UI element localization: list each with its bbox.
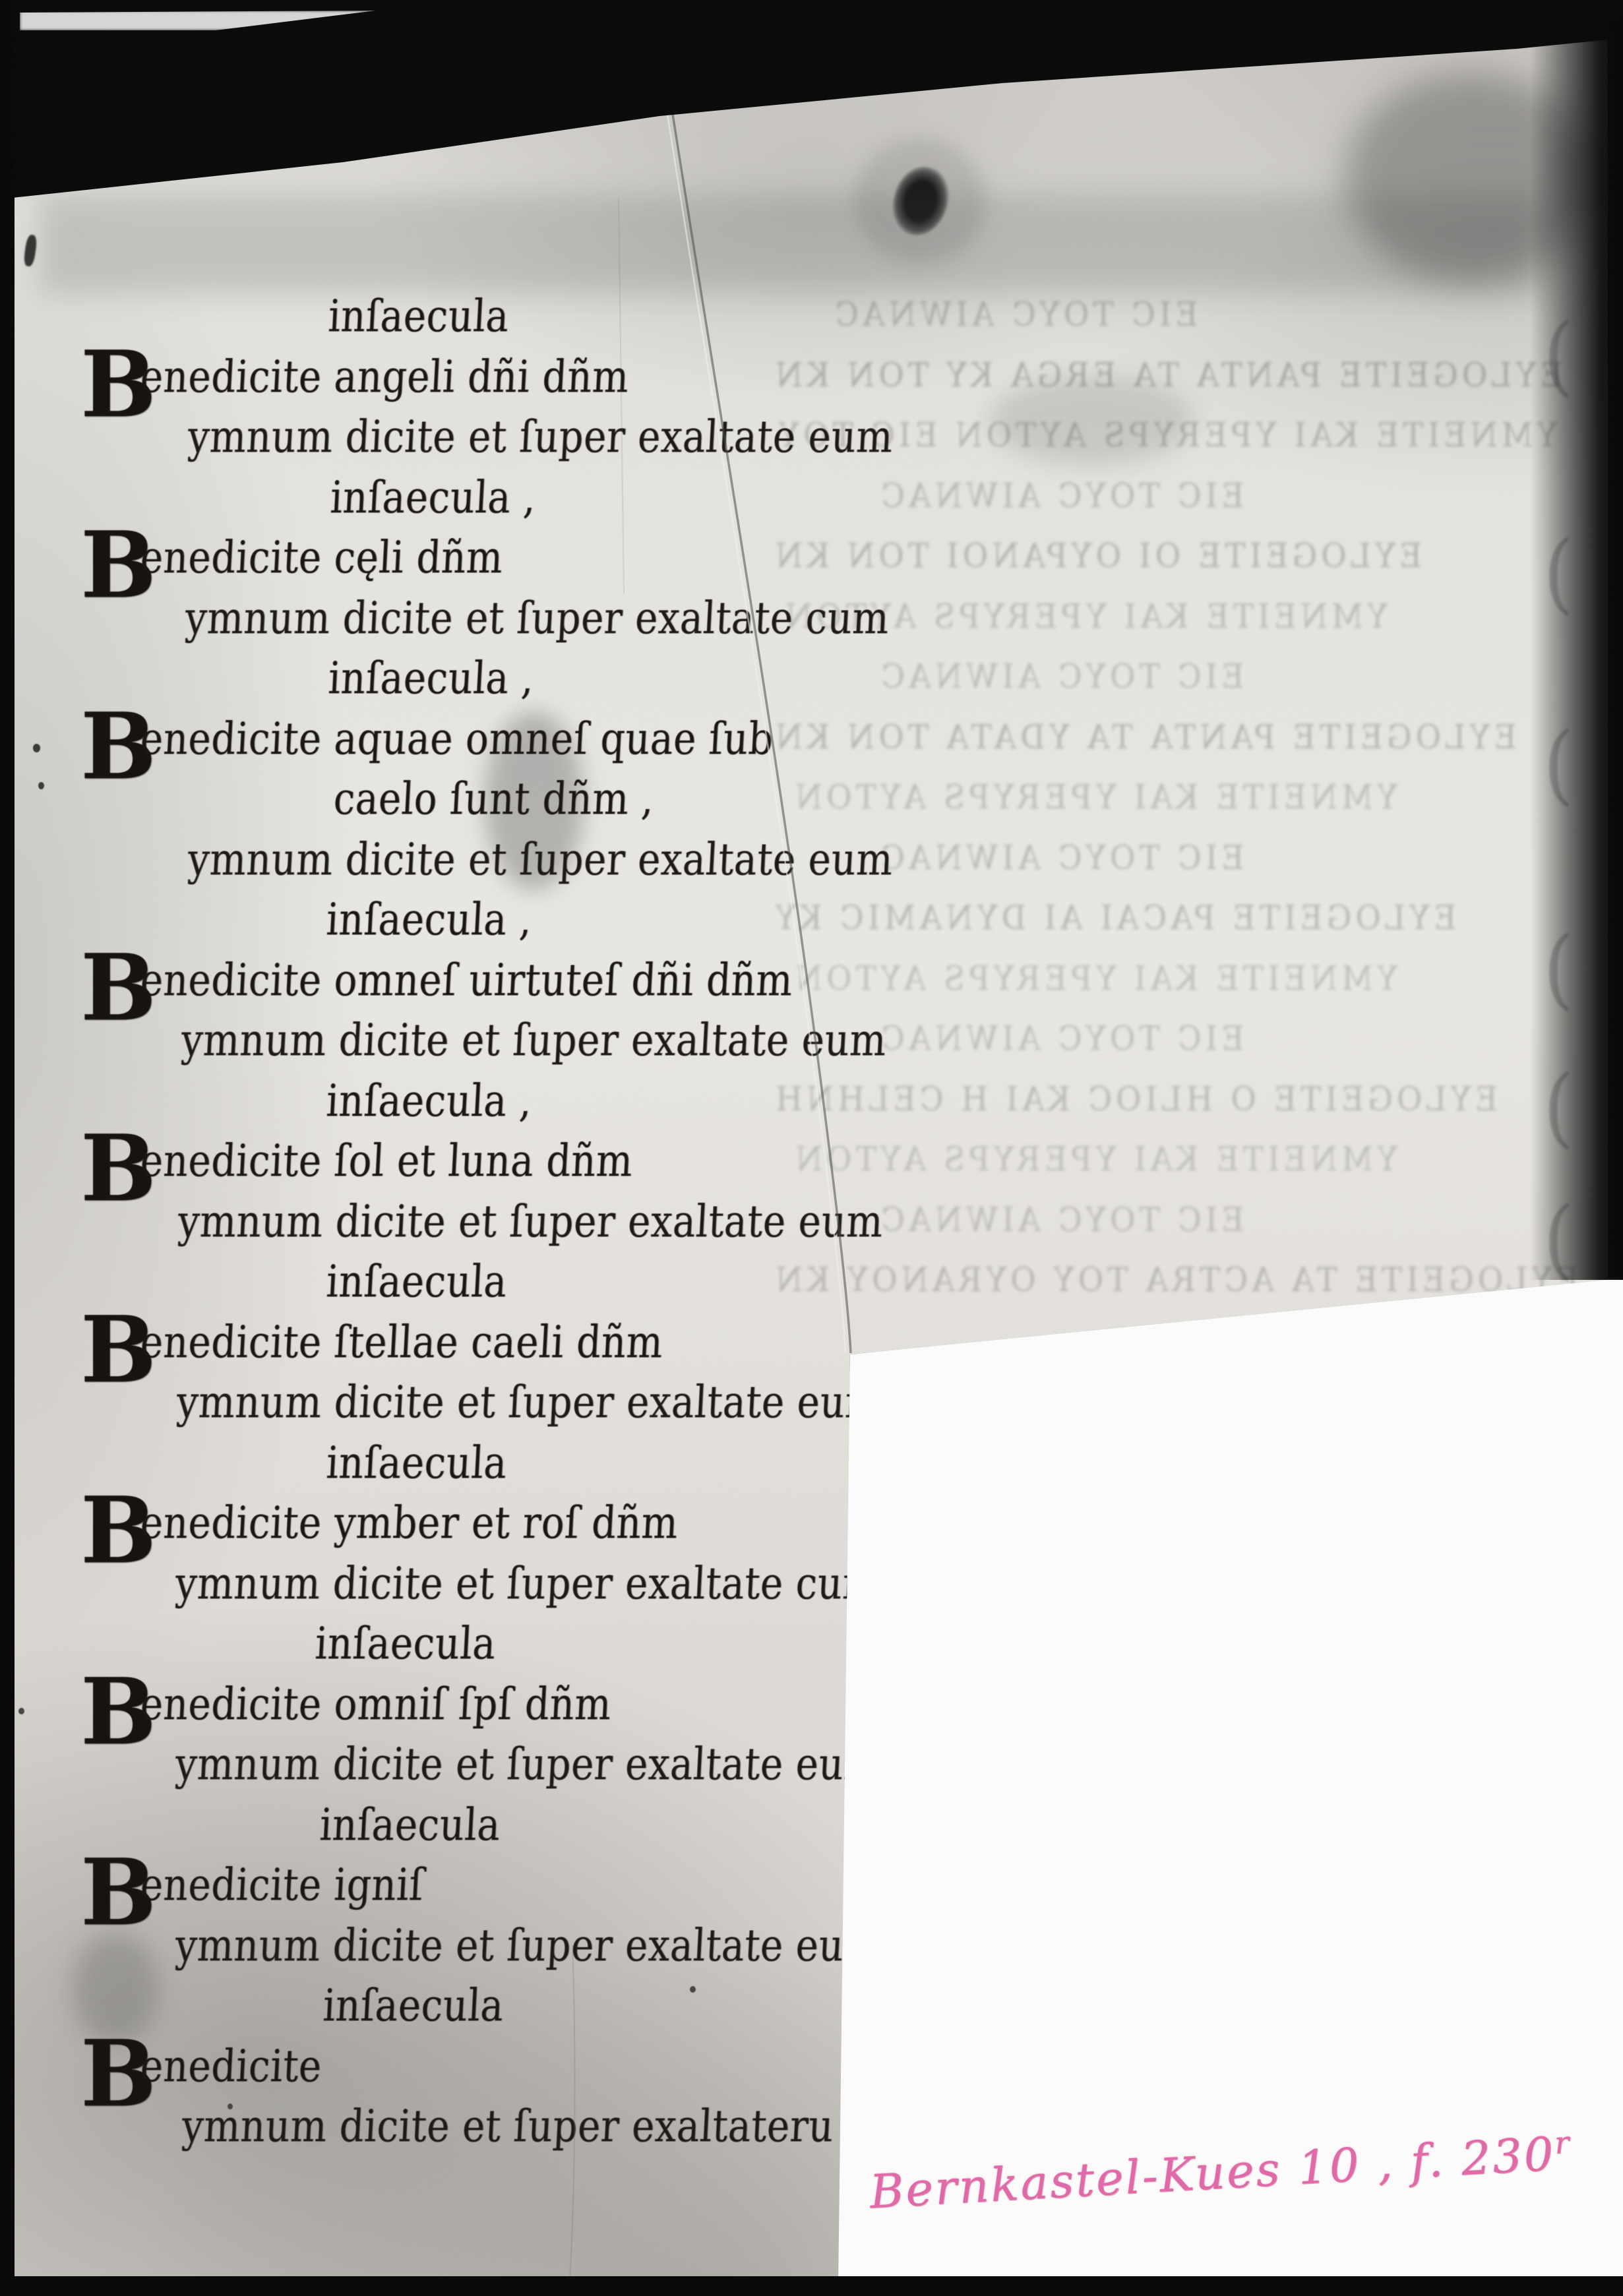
showthrough-line: YMNEITE KAI YPERYPS AYTON xyxy=(791,1140,1397,1179)
hymn-line: ymnum dicite et ſuper exaltate eun xyxy=(174,1919,870,1972)
verse-line: enedicite cęli dñm xyxy=(139,531,505,584)
insaecula-line: inſaecula xyxy=(322,1979,505,2032)
insaecula-line: inſaecula xyxy=(314,1617,497,1670)
ink-blot-halo xyxy=(854,138,986,264)
catalog-note-superscript: r xyxy=(1554,2125,1570,2161)
verse-continuation-line: caelo ſunt dñm , xyxy=(332,773,656,825)
speck xyxy=(18,1708,24,1714)
showthrough-line: EIC TOYC AIWNAC xyxy=(831,295,1198,334)
insaecula-line: inſaecula , xyxy=(329,471,537,524)
speck xyxy=(38,782,44,789)
hymn-line: ymnum dicite et ſuper exaltate cum xyxy=(174,1557,880,1610)
photo-right-shadow xyxy=(1530,17,1623,1280)
verse-line: enedicite aquae omneſ quae ſub xyxy=(139,713,775,765)
showthrough-line: EIC TOYC AIWNAC xyxy=(877,838,1244,877)
insaecula-line: inſaecula xyxy=(319,1799,502,1851)
verse-line: enedicite angeli dñi dñm xyxy=(139,351,630,403)
showthrough-line: EYLOGEITE PANTA TA ERGA KY TON KN xyxy=(772,355,1563,394)
showthrough-line: EIC TOYC AIWNAC xyxy=(877,1200,1244,1239)
insaecula-line: inſaecula , xyxy=(325,1075,534,1127)
photo-bottom-border xyxy=(0,2276,1623,2296)
hymn-line: ymnum dicite et ſuper exaltate eun xyxy=(175,1376,871,1428)
showthrough-line: EIC TOYC AIWNAC xyxy=(877,1019,1244,1058)
showthrough-line: EYLOGEITE O HLIOC KAI H CELHNH xyxy=(772,1079,1498,1118)
hymn-line: ymnum dicite et ſuper exaltate cum xyxy=(184,592,890,644)
insaecula-line: inſaecula , xyxy=(327,652,536,704)
smudge xyxy=(40,195,1543,293)
hymn-line: ymnum dicite et ſuper exaltate eum xyxy=(187,833,894,886)
showthrough-line: EYLOGEITE OI OYPANOI TON KN xyxy=(772,537,1422,576)
hymn-line: ymnum dicite et ſuper exaltateru xyxy=(181,2100,835,2152)
verse-line: enedicite omniſ ſpſ dñm xyxy=(139,1678,613,1730)
showthrough-line: EYLOGEITE PACAI AI DYNAMIC KY xyxy=(772,899,1456,938)
insaecula-line: inſaecula xyxy=(325,1437,508,1489)
showthrough-line: EYLOGEITE PANTA TA YDATA TON KN xyxy=(772,717,1517,756)
verse-line: enedicite xyxy=(139,2040,323,2092)
speck xyxy=(33,744,40,752)
showthrough-line: YMNEITE KAI YPERYPS AYTON xyxy=(791,778,1397,817)
ink-blot xyxy=(886,161,955,242)
verse-line: enedicite omneſ uirtuteſ dñi dñm xyxy=(139,954,794,1006)
photo-left-border xyxy=(0,0,15,2296)
hymn-line: ymnum dicite et ſuper exaltate eum xyxy=(177,1195,884,1248)
verse-line: enedicite ymber et roſ dñm xyxy=(139,1497,679,1549)
hymn-line: ymnum dicite et ſuper exaltate eum xyxy=(180,1014,888,1066)
verse-line: enedicite ſtellae caeli dñm xyxy=(139,1316,664,1368)
speck xyxy=(690,1986,696,1993)
showthrough-line: EIC TOYC AIWNAC xyxy=(877,657,1244,696)
insaecula-line: inſaecula xyxy=(325,1255,508,1308)
insaecula-line: inſaecula , xyxy=(325,893,534,946)
showthrough-line: EYLOGEITE TA ACTRA TOY OYRANOY KN xyxy=(772,1261,1579,1300)
manuscript-photograph: EIC TOYC AIWNACEYLOGEITE PANTA TA ERGA K… xyxy=(0,0,1623,2296)
verse-line: enedicite igniſ xyxy=(139,1859,425,1911)
hymn-line: ymnum dicite et ſuper exaltate eum xyxy=(187,411,894,463)
margin-mark xyxy=(23,234,38,267)
hymn-line: ymnum dicite et ſuper exaltate eun xyxy=(174,1738,870,1790)
verse-line: enedicite ſol et luna dñm xyxy=(139,1135,634,1187)
insaecula-line: inſaecula xyxy=(327,290,510,342)
showthrough-line: EIC TOYC AIWNAC xyxy=(877,476,1244,515)
showthrough-line: YMNEITE KAI YPERYPS AYTON xyxy=(791,959,1397,998)
